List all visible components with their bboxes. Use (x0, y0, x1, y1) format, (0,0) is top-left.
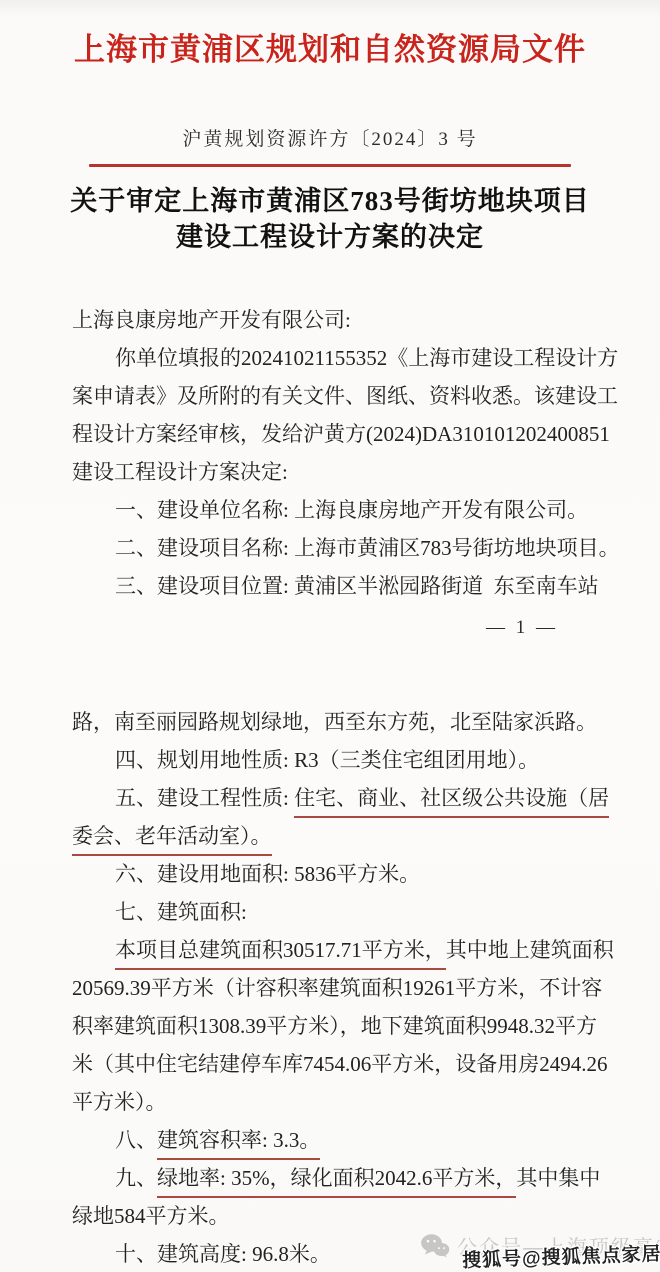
item-2-project-name: 二、建设项目名称: 上海市黄浦区783号街坊地块项目。 (72, 529, 592, 567)
item-6-site-area: 六、建设用地面积: 5836平方米。 (72, 855, 592, 893)
underlined-text: 本项目总建筑面积30517.71平方米， (115, 938, 446, 970)
underlined-text: 建筑容积率: 3.3。 (157, 1128, 320, 1160)
doc-line: 米（其中住宅结建停车库7454.06平方米，设备用房2494.26 (72, 1045, 592, 1083)
agency-title: 上海市黄浦区规划和自然资源局文件 (0, 0, 660, 74)
addressee: 上海良康房地产开发有限公司: (72, 301, 592, 339)
doc-line: 建设工程设计方案决定: (72, 453, 592, 491)
doc-line: 路，南至丽园路规划绿地，西至东方苑，北至陆家浜路。 (72, 703, 592, 741)
item-8-plot-ratio: 八、建筑容积率: 3.3。 (72, 1121, 592, 1159)
doc-line: 你单位填报的20241021155352《上海市建设工程设计方 (72, 339, 592, 377)
item-4-land-use: 四、规划用地性质: R3（三类住宅组团用地）。 (72, 741, 592, 779)
doc-line: 绿地584平方米。 (72, 1197, 592, 1235)
doc-line: 本项目总建筑面积30517.71平方米，其中地上建筑面积 (72, 931, 592, 969)
item-7-floor-area: 七、建筑面积: (72, 893, 592, 931)
scanned-document: 上海市黄浦区规划和自然资源局文件 沪黄规划资源许方〔2024〕3 号 关于审定上… (0, 0, 660, 1272)
page-number: — 1 — (72, 609, 592, 647)
item-5-project-nature: 五、建设工程性质: 住宅、商业、社区级公共设施（居 (72, 779, 592, 817)
document-title-line2: 建设工程设计方案的决定 (0, 219, 660, 255)
doc-line: 程设计方案经审核，发给沪黄方(2024)DA310101202400851 (72, 415, 592, 453)
document-number: 沪黄规划资源许方〔2024〕3 号 (0, 126, 660, 154)
doc-text: 其中地上建筑面积 (446, 938, 614, 962)
doc-text: 其中集中 (516, 1166, 600, 1190)
doc-line: 委会、老年活动室）。 (72, 817, 592, 855)
wechat-icon (420, 1233, 450, 1259)
document-body: 上海良康房地产开发有限公司: 你单位填报的20241021155352《上海市建… (72, 301, 592, 1272)
underlined-text: 住宅、商业、社区级公共设施（居 (294, 786, 609, 818)
doc-line: 20569.39平方米（计容积率建筑面积19261平方米，不计容 (72, 969, 592, 1007)
document-title-line1: 关于审定上海市黄浦区783号街坊地块项目 (0, 183, 660, 219)
doc-text: 五、建设工程性质: (115, 786, 294, 810)
item-1-construction-unit: 一、建设单位名称: 上海良康房地产开发有限公司。 (72, 491, 592, 529)
header-divider (89, 164, 571, 167)
doc-text: 九、 (115, 1166, 157, 1190)
document-title: 关于审定上海市黄浦区783号街坊地块项目 建设工程设计方案的决定 (0, 183, 660, 255)
doc-line: 案申请表》及所附的有关文件、图纸、资料收悉。该建设工 (72, 377, 592, 415)
item-9-green-ratio: 九、绿地率: 35%，绿化面积2042.6平方米，其中集中 (72, 1159, 592, 1197)
underlined-text: 绿地率: 35%，绿化面积2042.6平方米， (157, 1166, 516, 1198)
doc-text: 八、 (115, 1128, 157, 1152)
item-3-project-location: 三、建设项目位置: 黄浦区半淞园路街道 东至南车站 (72, 567, 592, 605)
doc-line: 平方米）。 (72, 1083, 592, 1121)
underlined-text: 委会、老年活动室）。 (72, 824, 272, 856)
doc-line: 积率建筑面积1308.39平方米），地下建筑面积9948.32平方 (72, 1007, 592, 1045)
